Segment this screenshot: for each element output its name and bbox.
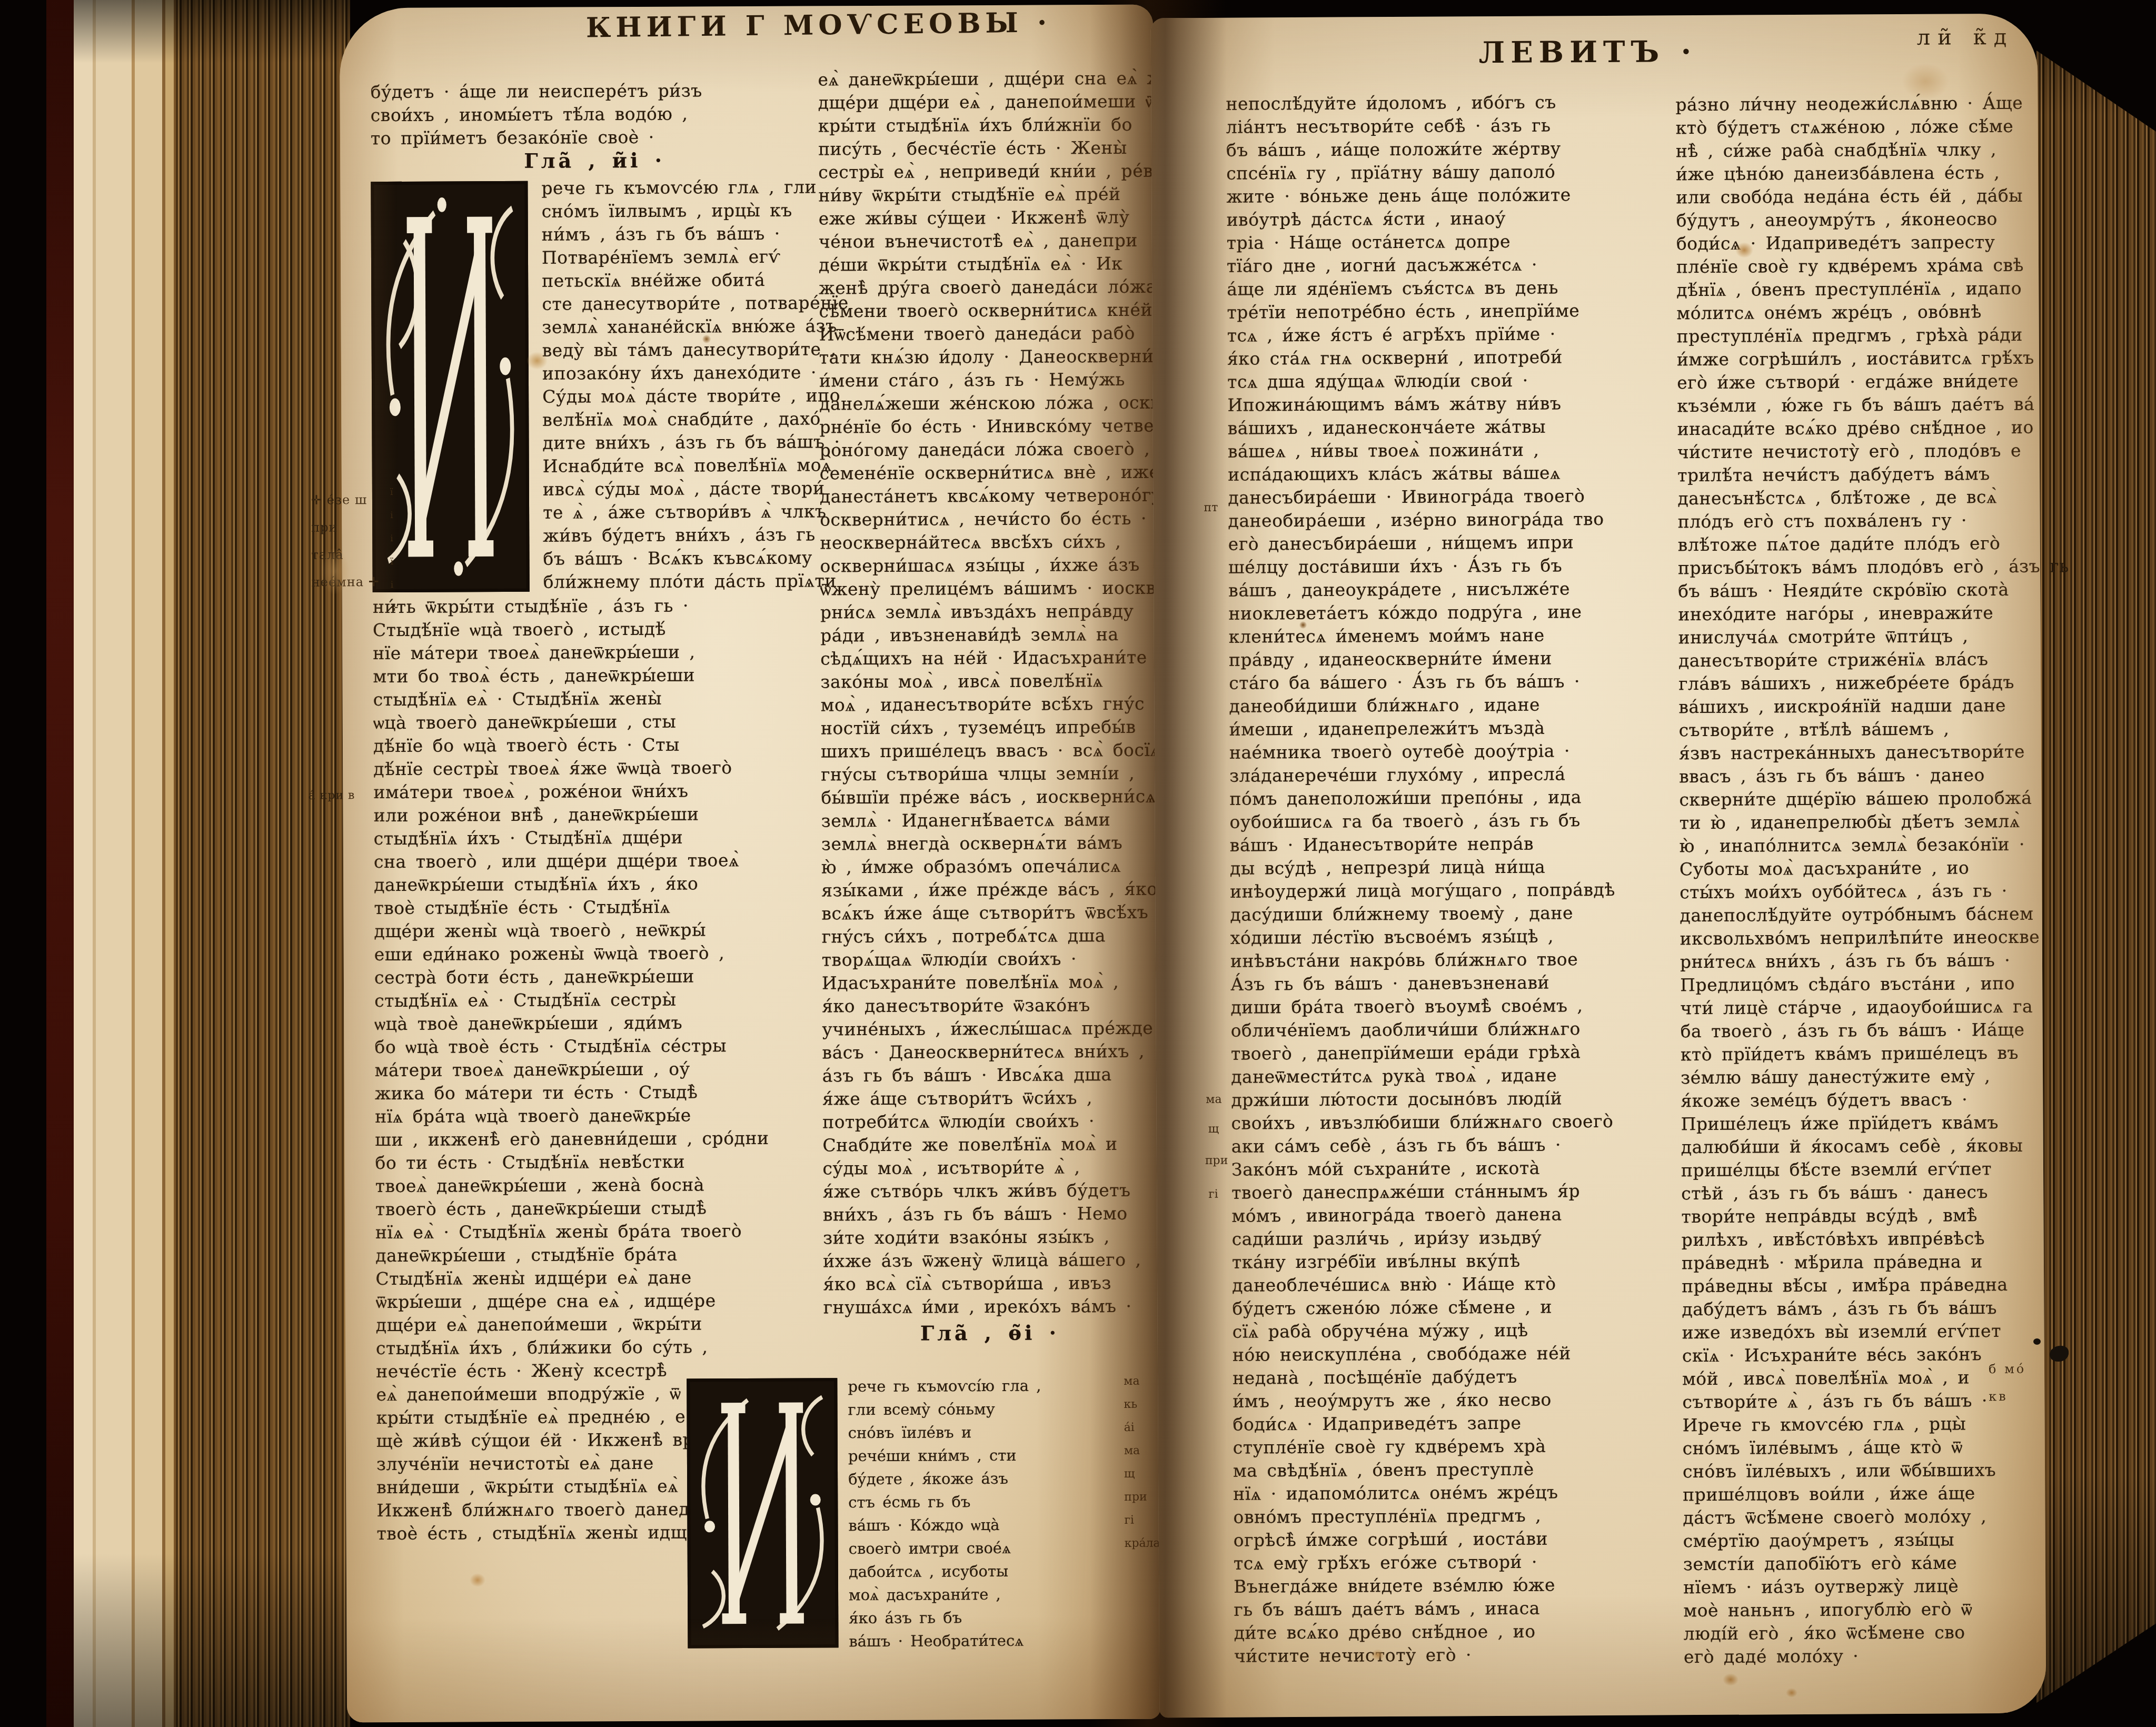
text-line: пло́дъ его̀ стъ похва́ленъ гу · (1677, 509, 2044, 534)
text-line: бы́вшїи пре́же ва́съ , иоскверни́сѧ (821, 785, 1154, 810)
text-line: свои́хъ , иномы́етъ тѣ́ла водо́ю , (371, 102, 818, 127)
text-line: оубои́шисѧ га ба твоего̀ , а́зъ гь бъ (1229, 808, 1657, 833)
folio-number: ли̃ к̃д (1917, 25, 2014, 50)
text-line: оскверни́шасѧ язы́цы , и́хже а́зъ (820, 553, 1152, 578)
text-line: ва́шихъ , иискроя́нїй надши дане (1678, 694, 2045, 719)
text-line: ѡца̀ твоего̀ данеѿкры́еши , сты (373, 709, 821, 735)
text-line: ввасъ , а́зъ гь бъ ва́шъ · данео (1679, 763, 2045, 789)
text-line: оскверни́тисѧ , нечи́сто бо е́сть · (820, 507, 1152, 532)
text-line: ѿжену̀ прелице́мъ ва́шимъ · иоскве (820, 577, 1153, 601)
column-lines: ра́зно ли́чну неодежи́слѧ́вню · А́щекто̀… (1675, 92, 2050, 1669)
text-line: Иѿсѣ́мени твоего̀ данеда́си рабо̀ (819, 322, 1152, 346)
text-line: ни́ву ѿкры́ти стыдѣ́нїе еѧ̀ пре́й (818, 183, 1151, 207)
text-line: но́ю неискупле́на , свобо́даже не́й (1233, 1341, 1660, 1366)
text-line: сестра̀ боти е́сть , данеѿкры́еши (374, 964, 822, 989)
text-line: гну́сы сътвори́ша члцы земні́и , (821, 762, 1154, 787)
text-line: я́же а́ще сътвори́тъ ѿси́хъ , (822, 1086, 1155, 1111)
text-line: зи́те ходи́ти взако́ны язы́къ , (823, 1225, 1156, 1250)
text-line: гь бъ ва́шъ дае́тъ ва́мъ , инаса (1234, 1596, 1661, 1621)
text-line: творѧ́щаѧ ѿлюді́и свои́хъ · (822, 947, 1155, 972)
text-line: ба твоего̀ , а́зъ гь бъ ва́шъ · Иа́ще (1681, 1018, 2047, 1044)
left-page-block-edge (74, 0, 350, 1727)
text-line: его̀ даде́ моло́ху · (1684, 1644, 2050, 1669)
text-line: рни́тесѧ вни́хъ , а́зъ гь бъ ва́шъ · (1680, 949, 2046, 974)
text-line: рилѣхъ , ивѣ́сто́вѣхъ ивпре́вѣсѣ (1682, 1227, 2048, 1252)
left-page: КНИГИ Г МОѴСЕОВЫ · бу́детъ · а́ще ли неи… (340, 5, 1160, 1723)
text-line: данесътвори́те стриже́нїѧ вла́съ (1678, 648, 2045, 673)
text-line: вни́хъ , а́зъ гь бъ ва́шъ · Немо (823, 1202, 1156, 1227)
text-line: данеоблече́шисѧ вню̀ · Иа́ще кто̀ (1232, 1272, 1660, 1297)
text-line: чи́стите нечистоту̀ его̀ , плодо́въ е (1677, 439, 2044, 464)
text-line: бу́детъ сжено́ю ло́же сѣ́мене , и (1232, 1295, 1660, 1320)
text-line: и́мъ , неоу́мрутъ же , я́ко несво (1233, 1387, 1660, 1413)
text-line: дабу́детъ ва́мъ , а́зъ гь бъ ва́шъ (1682, 1296, 2048, 1322)
text-line: данеѿкры́еши стыдѣ́нїѧ и́хъ , я́ко (374, 871, 821, 897)
text-line: чти́ лицѐ ста́рче , идаоубои́шисѧ га (1680, 995, 2046, 1020)
text-line: тсѧ ему̀ грѣ́хъ его́же сътвори́ · (1234, 1550, 1661, 1575)
right-page: ЛЕВИТЪ · ли̃ к̃д непослѣ́дуйте и́доломъ … (1151, 14, 2046, 1718)
text-line: кры́ти стыдѣ́нїѧ и́хъ бли́жнїи бо (818, 113, 1151, 138)
text-line: испа́дающихъ кла́съ жа́твы ва́шеѧ (1228, 461, 1655, 486)
text-line: при (1124, 1485, 1161, 1508)
text-line: я́ко ста́ѧ гнѧ оскверни́ , ипотреби́ (1227, 345, 1655, 370)
text-line: я́ко всѧ̀ сїѧ̀ сътвори́ша , ивъз (823, 1272, 1156, 1296)
text-line: рне́нїе бо е́сть · Инивско́му четве (819, 414, 1152, 439)
text-line: пису́ть , бесче́стїе е́сть · Жены̀ (818, 136, 1151, 161)
text-line: бу́дутъ , анеоумру́тъ , я́конеосво (1676, 207, 2042, 233)
text-line: ✛ (391, 597, 398, 620)
text-line: Прише́лецъ и́же прїи́детъ ква́мъ (1681, 1111, 2047, 1136)
text-line: твоѐ стыдѣ́нїе е́сть · Стыдѣ́нїѧ (374, 895, 821, 920)
text-line: диши бра́та твоего̀ въоумѣ̀ свое́мъ , (1230, 994, 1658, 1019)
text-line: че́нои вънечистотѣ̀ еѧ̀ , данепри (819, 229, 1151, 254)
text-line: гнуша́хсѧ и́ми , иреко́хъ ва́мъ · (823, 1295, 1156, 1319)
text-line: кто̀ бу́детъ стѧже́ною , ло́же сѣ́ме (1676, 115, 2042, 140)
text-line: далюби́ши й я́косамъ себѐ , я́ковы (1681, 1134, 2048, 1159)
text-line: инасади́те всѧ́ко дре́во снѣ́дное , ио (1677, 416, 2044, 441)
text-line: и́меши , иданепрележи́тъ мъзда̀ (1229, 716, 1657, 741)
text-line: ра́ди , ивъзненави́дѣ землѧ̀ на (820, 623, 1153, 648)
text-line: твоеѧ̀ данеѿкры́еши , жена̀ босна̀ (375, 1173, 823, 1198)
text-line: ниоклевета́етъ ко́ждо подру́га , ине (1228, 600, 1656, 625)
text-line: данеѿкры́еши , стыдѣ́нїе бра́та (375, 1242, 823, 1267)
text-line: нее́мна ✛ (312, 568, 391, 596)
text-line: тсѧ , и́же я́стъ е́ агрѣ́хъ прїи́ме · (1227, 322, 1655, 347)
text-line: ступле́нїе своѐ гу кдве́ремъ хра̀ (1233, 1434, 1661, 1459)
right-running-header: ЛЕВИТЪ · (1372, 34, 1804, 71)
text-line: дѣ́нїе сестры̀ твоеѧ̀ я́же ѿѡца̀ твоего̀ (373, 756, 821, 781)
right-column-1: непослѣ́дуйте и́доломъ , ибо́гъ съліа́нт… (1226, 90, 1662, 1668)
text-line: то прїи́метъ безако́нїе своѐ · (371, 125, 818, 150)
text-line: су́ды моѧ̀ , исътвори́те ѧ̀ , (822, 1156, 1155, 1180)
text-line: Идасъхрани́те повелѣ́нїѧ моѧ̀ , (822, 970, 1155, 995)
text-line: сїѧ̀ раба̀ обруче́на му́жу , ицѣ (1233, 1318, 1660, 1343)
text-line: данеста́нетъ квсѧ́кому четвероно́гу , (820, 484, 1152, 509)
text-line: инислуча́ѧ смотри́те ѿпти́цъ , (1678, 624, 2045, 650)
text-line: А́зъ гь бъ ва́шъ · даневъзненави́ (1230, 970, 1658, 996)
text-line: ни́ть ѿкры́ти стыдѣ́нїе , а́зъ гь · (373, 593, 820, 619)
text-line: да́стъ ѿсѣ́мене своего̀ моло́ху , (1683, 1505, 2049, 1530)
text-line: свои́хъ , ивъзлю́биши бли́жнѧго своего̀ (1231, 1109, 1658, 1135)
text-line: Зако́нъ мо́й съхрани́те , искота̀ (1231, 1156, 1659, 1181)
text-line: пра́вду , иданеоскверни́те и́мени (1229, 646, 1656, 671)
text-line: непослѣ́дуйте и́доломъ , ибо́гъ съ (1226, 90, 1653, 115)
text-line: кь (1124, 1393, 1160, 1416)
text-line: тріа · На́ще оста́нетсѧ допре (1227, 229, 1654, 254)
text-line: Ипожина́ющимъ ва́мъ жа́тву ни́въ (1227, 391, 1655, 416)
text-line: моѐ наньнъ , ипогублю̀ его̀ ѿ (1683, 1597, 2050, 1623)
ink-blot (2033, 1338, 2041, 1345)
text-line: нїе ма́тери твоеѧ̀ данеѿкры́еши , (373, 640, 820, 665)
text-line: ностїй си́хъ , туземе́цъ ипребы́в (821, 716, 1154, 740)
text-line: и́мже согрѣши́лъ , иоста́витсѧ грѣ́хъ (1677, 346, 2043, 372)
text-line: твоего̀ данеспрѧже́ши ста́ннымъ я́р (1231, 1179, 1659, 1204)
text-line: клени́тесѧ и́менемъ мои́мъ нане (1229, 623, 1656, 648)
text-line: сади́ши разли́чь , ири́зу изьдву́ (1232, 1225, 1660, 1250)
text-line: еже жи́вы су́щеи · Икженѣ̀ ѿлу̀ (819, 206, 1151, 231)
text-line: дще́ри дще́ри еѧ̀ , данепои́меши ѿ (818, 90, 1151, 115)
text-line: шихъ прише́лецъ ввасъ · всѧ̀ босїѧ̀ (821, 739, 1154, 763)
text-line: бо ти е́сть · Стыдѣ́нїѧ невѣ́стки (375, 1149, 822, 1175)
text-line: сестры̀ еѧ̀ , неприведи́ кни́и , ре́в (818, 160, 1151, 184)
text-line: данепослѣ́дуйте оутро́бнымъ ба́снем (1680, 902, 2046, 928)
text-line: его̀ данесъбира́еши , ни́щемъ ипри (1228, 530, 1656, 555)
text-line: земсті́и дапобїю́тъ его̀ ка́ме (1683, 1551, 2050, 1576)
text-line: моѧ̀ , иданесътвори́те всѣ́хъ гну́с (821, 692, 1154, 717)
text-line: инехо́дите наго́ры , иневражи́те (1678, 601, 2044, 627)
text-line: скверни́те дще́рїю ва́шею пролобжа́ (1679, 787, 2045, 812)
text-line: стыдѣ́нїѧ еѧ̀ · Стыдѣ́нїѧ сестры̀ (374, 987, 822, 1013)
column-pre-lines: бу́детъ · а́ще ли неиспере́тъ ри́зъсвои́… (371, 78, 819, 150)
margin-cross-reference: гі (1208, 1188, 1218, 1201)
right-column-2: ра́зно ли́чну неодежи́слѧ́вню · А́щекто̀… (1675, 92, 2050, 1669)
left-column-1: бу́детъ · а́ще ли неиспере́тъ ри́зъсвои́… (371, 78, 824, 1545)
text-line: гну́съ си́хъ , потребѧ́тсѧ дша (822, 924, 1155, 949)
text-line: држи́ши лю́тости досыно́въ люді́й (1231, 1086, 1658, 1111)
text-line: и́мени ста́го , а́зъ гь · Нему́жь (819, 368, 1152, 393)
text-line: ва́шихъ , иданесконча́ете жа́твы (1228, 414, 1655, 440)
text-line: я́же сътво́рь члкъ жи́въ бу́детъ (823, 1179, 1156, 1204)
text-line: кто̀ прїи́детъ ква́мъ прише́лецъ въ (1681, 1041, 2047, 1067)
text-line: язы́ками , и́же пре́жде ва́съ , я́ко (821, 878, 1154, 902)
text-line: люді́й его̀ , я́ко ѿсѣ́мене сво (1684, 1621, 2050, 1646)
margin-note-reference: а́ кри в (308, 782, 355, 809)
text-line: его̀ и́же сътвори́ · егда́же вни́дете (1677, 370, 2043, 395)
text-line: мти бо твоѧ̀ е́сть , данеѿкры́еши (373, 663, 820, 688)
text-line: ліа́нтъ несътвори́те себѣ̀ · а́зъ гь (1226, 113, 1654, 138)
text-line: а́і (1124, 1416, 1161, 1439)
text-line: а́ще ли яде́нїемъ съя́стсѧ въ день (1227, 275, 1654, 301)
text-line: Предлицо́мъ сѣда́го въста́ни , ипо (1680, 972, 2046, 997)
text-line: хо́диши ле́стїю въсвое́мъ язы́цѣ , (1230, 924, 1658, 949)
margin-cross-reference: щ (1208, 1123, 1219, 1136)
text-line: бо ѡца̀ твоѐ е́сть · Стыдѣ́нїѧ се́стры (374, 1034, 822, 1059)
text-line: ма (1124, 1439, 1161, 1462)
margin-note-gloss: ✛ е́зе шпритала̂нее́мна ✛ (311, 486, 391, 596)
text-line: тсѧ дша яду́щаѧ ѿлюді́и свои́ · (1227, 368, 1655, 393)
text-line: твоего̀ , данепрїи́меши ера́ди грѣха̀ (1231, 1040, 1658, 1065)
text-line: потреби́тсѧ ѿлюді́и свои́хъ · (822, 1109, 1155, 1134)
text-line: чи́стите нечистоту̀ его̀ · (1234, 1642, 1662, 1668)
text-line: і (390, 504, 398, 527)
text-line: Снабди́те же повелѣ́нїѧ моѧ̀ и (822, 1133, 1155, 1157)
text-line: ю̀ , инапо́лнитсѧ землѧ̀ безако́нїи · (1680, 833, 2046, 858)
text-line: я́коже земе́цъ бу́детъ ввасъ · (1681, 1088, 2047, 1113)
text-line: ї (390, 550, 398, 573)
text-line: зе́млю ва́шу данесту́жите ему̀ , (1681, 1065, 2047, 1090)
text-line: еѧ̀ данеѿкры́еши , дще́ри сна еѧ̀ ж (818, 67, 1150, 92)
ornamental-initial-icon (690, 1381, 835, 1645)
column-lines: еѧ̀ данеѿкры́еши , дще́ри сна еѧ̀ ждще́р… (818, 67, 1156, 1319)
text-line: данеѿмести́тсѧ рука̀ твоѧ̀ , идане (1231, 1063, 1658, 1088)
text-line: бъ ва́шъ · Неяди́те скро́вїю скота̀ (1678, 578, 2044, 603)
text-line: ва́шеѧ , ни́вы твоеѧ̀ пожина́ти , (1228, 438, 1655, 463)
text-line: пле́нїе своѐ гу кдве́ремъ хра́ма свѣ (1676, 254, 2043, 279)
text-line: недана̀ , посѣще́нїе дабу́детъ (1233, 1364, 1660, 1389)
text-line: Стыдѣ́нїе ѡца̀ твоего̀ , истыдѣ́ (373, 617, 820, 642)
text-line: иже изведо́хъ вы̀ иземли́ егѵ́пет (1682, 1319, 2049, 1345)
text-line: ды всу́дѣ , непрезри́ лица̀ ни́ща (1230, 855, 1657, 880)
text-line: има́тери твоеѧ̀ , роже́нои ѿни́хъ (373, 779, 821, 804)
text-line: или роже́нои внѣ̀ , данеѿкры́еши (374, 802, 821, 827)
left-running-header: КНИГИ Г МОѴСЕОВЫ · (555, 6, 1082, 44)
left-column-2: еѧ̀ данеѿкры́еши , дще́ри сна еѧ̀ ждще́р… (818, 67, 1156, 1350)
margin-note-bracket: їііїі✛ (390, 481, 398, 620)
right-page-block-edge (2036, 0, 2156, 1727)
margin-cross-references: макьа́імащпригікра́ла є́ (1124, 1369, 1161, 1555)
text-line: инѣоудержи́ лица̀ могу́щаго , попра́вдѣ (1230, 878, 1657, 903)
text-line: учине́ныхъ , и́жеслы́шасѧ пре́жде (822, 1017, 1155, 1041)
text-line: землѧ̀ · Иданегнѣ́ваетсѧ ва́ми (821, 808, 1154, 833)
text-line: тка́ну изгре́бїи ивъ́лны вку́пѣ (1232, 1248, 1660, 1274)
text-line: ма (1124, 1369, 1160, 1393)
text-line: данеоби́диши бли́жнѧго , идане (1229, 692, 1656, 718)
text-line: ва́шъ · Иданесътвори́те непра́в (1230, 831, 1657, 857)
text-line: преступле́нїѧ предгмъ , грѣха̀ ра́ди (1677, 323, 2043, 349)
text-line: жика бо ма́тери ти е́сть · Стыдѣ̀ (375, 1080, 822, 1105)
text-line: тати кнѧ́зю и́долу · Данеоскверни́ши (819, 345, 1152, 370)
text-line: дще́ри еѧ̀ данепои́меши , ѿкры́ти (376, 1312, 823, 1337)
text-line: боди́сѧ · Идаприведе́тъ запресту (1676, 231, 2043, 256)
text-line: ✛ е́зе ш (311, 486, 390, 514)
text-line: ши , икженѣ̀ его̀ даневни́деши , сро́дни (375, 1126, 822, 1152)
text-line: ѿкры́еши , дще́ре сна еѧ̀ , идще́ре (376, 1288, 823, 1314)
text-line: еши еди́нако рожены̀ ѿѡца̀ твоего̀ , (374, 941, 822, 966)
text-line: нїѧ еѧ̀ · Стыдѣ́нїѧ жены̀ бра́та твоего̀ (375, 1219, 823, 1244)
text-line: дасу́диши бли́жнему твоему̀ , дане (1230, 901, 1657, 926)
text-line: зла́данерече́ши глухо́му , ипресла́ (1229, 762, 1657, 787)
text-line: сно́въ їиле́выхъ , или ѿбы́вшихъ (1683, 1458, 2049, 1484)
text-line: неоскверна́йтесѧ ввсѣ́хъ си́хъ , (820, 530, 1152, 555)
text-line: нїѧ · идапомо́литсѧ оне́мъ жре́цъ (1233, 1480, 1661, 1505)
text-line: нїѧ бра́та ѡца̀ твоего̀ данеѿкры́е (375, 1103, 822, 1128)
text-line: Стыдѣ́нїѧ жены̀ идще́ри еѧ̀ дане (375, 1265, 823, 1291)
text-line: данеобира́еши , изе́рно виногра́да тво (1228, 507, 1655, 532)
text-line: і (390, 527, 398, 550)
text-line: жите · во́ньже день а́ще поло́жите (1226, 183, 1654, 208)
text-line: ма свѣдѣ́нїѧ , о́венъ преступлѐ (1233, 1457, 1661, 1482)
text-line: данесънѣ́стсѧ , блѣ́тоже , де всѧ̀ (1677, 485, 2044, 511)
text-line: і (391, 573, 398, 597)
text-line: прише́лцовъ вои́ли , и́же а́ще (1683, 1482, 2049, 1507)
text-line: тре́тїи непотре́бно е́сть , инепрїи́ме (1227, 299, 1654, 324)
text-line: роно́гому данеда́си ло́жа своего̀ , въ (819, 438, 1152, 462)
text-line: сътвори́те , втѣ́лѣ ва́шемъ , (1679, 717, 2045, 742)
text-line: дѣ́нїе бо ѡца̀ твоего̀ е́сть · Сты (373, 732, 821, 758)
text-line: по́мъ данеположи́ши препо́ны , ида (1229, 785, 1657, 810)
text-line: Вънегда́же вни́дете взе́млю ю́же (1234, 1573, 1661, 1598)
text-line: овно́мъ преступле́нїѧ предгмъ , (1233, 1503, 1661, 1529)
drop-cap-initial (687, 1378, 838, 1648)
spine-edge (46, 0, 77, 1727)
text-line: гі (1124, 1508, 1161, 1532)
text-line: всѧ́къ и́же а́ще сътвори́тъ ѿвсѣ́хъ (821, 901, 1154, 926)
book-photograph: КНИГИ Г МОѴСЕОВЫ · бу́детъ · а́ще ли неи… (0, 0, 2156, 1727)
margin-cross-reference: пт (1204, 501, 1218, 514)
text-line: иксвольхво́мъ неприлѣпи́те инеоскве (1680, 926, 2046, 951)
text-line: нїемъ · иа́зъ оутвержу̀ лицѐ (1683, 1574, 2050, 1600)
text-line: сме́ртїю даоу́мретъ , язы́цы (1683, 1528, 2050, 1553)
text-line: данесъбира́еши · Ивиногра́да твоего̀ (1228, 484, 1655, 509)
chapter-19-opening: рече гь къмоѵсі́ю гла ,гли всему̀ со́ньм… (687, 1374, 1022, 1654)
text-line: кра́ла є́ (1125, 1532, 1161, 1555)
text-line: ва́съ · Данеоскверни́тесѧ вни́хъ , (822, 1040, 1155, 1065)
text-line: сна твоего̀ , или дще́ри дще́ри твоеѧ̀ (374, 848, 821, 874)
text-line: ше́лцу доста́виши и́хъ · А́зъ гь бъ (1228, 553, 1656, 579)
text-line: трилѣ́та нечи́стъ дабу́детъ ва́мъ (1677, 462, 2044, 488)
text-line: сты́хъ мои́хъ оубо́йтесѧ , а́зъ гь · (1680, 879, 2046, 905)
chapter-18-opening: рече гь къмоѵсе́ю глѧ , глисно́мъ їилвым… (371, 175, 824, 1545)
text-line: обличе́нїемъ даобличи́ши бли́жнѧго (1231, 1017, 1658, 1042)
text-line: ї (390, 481, 398, 504)
text-line: и́хже а́зъ ѿжену̀ ѿлица̀ ва́шего , (823, 1248, 1156, 1273)
text-line: нае́мника твоего̀ оутебѐ дооу́тріа · (1229, 739, 1657, 764)
text-line: а́зъ гь бъ ва́шъ · Ивсѧ́ка дша (822, 1063, 1155, 1088)
text-line: я́ко данесътвори́те ѿзако́нъ (822, 994, 1155, 1018)
text-line: стѣй , а́зъ гь бъ ва́шъ · данесъ (1681, 1180, 2048, 1206)
text-line: семене́нїе оскверни́тисѧ внѐ , ижена̀ (820, 461, 1152, 485)
text-line: сѣ́мени твоего̀ оскверни́тисѧ кне́й · (819, 299, 1151, 323)
text-line: твоего̀ е́сть , данеѿкры́еши стыдѣ̀ (375, 1196, 823, 1221)
text-line: дѣ́нїѧ , о́венъ преступле́нїѧ , идапо (1676, 277, 2043, 302)
text-line: мо́литсѧ оне́мъ жре́цъ , ово́внѣ (1676, 300, 2043, 325)
column-lines: непослѣ́дуйте и́доломъ , ибо́гъ съліа́нт… (1226, 90, 1662, 1668)
margin-cross-reference: при (1205, 1154, 1228, 1167)
text-line: присъбы́токъ ва́мъ плодо́въ его̀ , а́зъ … (1678, 555, 2044, 580)
text-line: влѣ́тоже пѧ́тое дади́те пло́дъ его̀ (1678, 532, 2044, 557)
text-line: дще́ри жены̀ ѡца̀ твоего̀ , неѿкры́ (374, 918, 821, 943)
chapter-heading-19: Гла̃ , ѳ̃і · (823, 1321, 1156, 1350)
text-line: прише́лцы бѣ́сте вземли́ егѵ́пет (1681, 1157, 2048, 1183)
text-line: сѣдѧ́щихъ на не́й · Идасъхрани́те (820, 646, 1153, 671)
text-line: инѣвъста́ни накро́вь бли́жнѧго твое (1230, 947, 1658, 972)
text-line: ди́те всѧ́ко дре́во снѣ́дное , ио (1234, 1619, 1662, 1644)
margin-note-reference: б мо́ кв (1989, 1355, 2045, 1411)
text-line: нѣ̀ , си́же раба̀ снабдѣ́нїѧ члку , (1676, 138, 2042, 163)
text-line: огрѣсѣ̀ и́мже согрѣши́ , иоста́ви (1234, 1526, 1661, 1552)
text-line: гла́въ ва́шихъ , нижебре́ете бра́дъ (1678, 671, 2045, 696)
text-line: мо́мъ , ивиногра́да твоего̀ данена (1231, 1202, 1659, 1227)
text-line: бу́детъ · а́ще ли неиспере́тъ ри́зъ (371, 78, 818, 104)
text-line: пра́веднѣ · мѣ́рила пра́ведна и (1682, 1250, 2048, 1275)
text-line: стыдѣ́нїѧ и́хъ · Стыдѣ́нїѧ дще́ри (374, 825, 821, 850)
text-line: Суботы моѧ̀ дасъхрани́те , ио (1680, 856, 2046, 881)
text-line: иво́утрѣ да́стсѧ я́сти , инаоу́ (1226, 206, 1654, 231)
text-line: ма́тери твоеѧ̀ данеѿкры́еши , оу́ (375, 1057, 822, 1082)
text-line: Ирече гь кмоѵсе́ю глѧ , рцы̀ (1682, 1412, 2049, 1437)
margin-cross-reference: ма (1206, 1093, 1221, 1106)
text-line: ѡца̀ твоѐ данеѿкры́еши , яди́мъ (374, 1010, 822, 1036)
text-line: пра́ведны вѣ́сы , имѣ́ра пра́ведна (1682, 1273, 2048, 1298)
text-line: ра́зно ли́чну неодежи́слѧ́вню · А́ще (1675, 92, 2042, 117)
text-line: ва́шъ , данеоукра́дете , нисълже́те (1228, 577, 1656, 602)
text-line: аки са́мъ себѐ , а́зъ гь бъ ва́шъ · (1231, 1133, 1659, 1158)
text-line: спсе́нїѧ гу , прїа́тну ва́шу даполо́ (1226, 160, 1654, 185)
text-line: и́же цѣно́ю данеизба́влена е́сть , (1676, 161, 2042, 186)
text-line: зако́ны моѧ̀ , ивсѧ̀ повелѣ́нїѧ (820, 669, 1153, 694)
text-line: твори́те непра́вды всу́дѣ , вмѣ̀ (1681, 1204, 2048, 1229)
text-line: боди́сѧ · Идаприведе́тъ запре (1233, 1411, 1660, 1436)
text-line: сно́мъ їиле́вымъ , а́ще кто̀ ѿ (1683, 1435, 2049, 1461)
text-line: данелѧ́жеши же́нскою ло́жа , оскве (819, 391, 1152, 416)
text-line: щ (1124, 1462, 1161, 1485)
text-line: рни́сѧ землѧ̀ ивъзда́хъ непра́вду (820, 600, 1153, 624)
text-line: ти ю̀ , иданепрелюбы̀ дѣ́етъ землѧ̀ (1679, 810, 2045, 835)
text-line: къзе́мли , ю́же гь бъ ва́шъ дае́тъ ва́ (1677, 393, 2043, 418)
text-line: при (311, 513, 390, 541)
text-line: я́звъ настрека́нныхъ данесътвори́те (1679, 740, 2045, 766)
text-line: ю̀ , и́мже образо́мъ опеча́лисѧ (821, 855, 1154, 879)
text-line: бъ ва́шъ , иа́ще положи́те же́ртву (1226, 136, 1654, 162)
text-line: стыдѣ́нїѧ и́хъ , бли́жики бо су́ть , (376, 1335, 823, 1360)
text-line: или свобо́да неда́на е́сть е́й , да́бы (1676, 184, 2042, 210)
text-line: тала̂ (311, 541, 390, 569)
text-line: землѧ̀ внегда̀ осквернѧ́ти ва́мъ (821, 831, 1154, 856)
chapter-heading-18: Гла̃ , и̃і · (371, 148, 818, 177)
text-line: де́ши ѿкры́ти стыдѣ́нїѧ еѧ̀ · Ик (819, 252, 1151, 277)
text-line: женѣ̀ дру́га своего̀ данеда́си ло́жа (819, 275, 1151, 300)
text-line: стыдѣ́нїѧ еѧ̀ · Стыдѣ́нїѧ жены̀ (373, 686, 821, 711)
text-line: тїа́го дне , иогни́ дасъжже́тсѧ · (1227, 252, 1654, 277)
text-line: ста́го ба ва́шего · А́зъ гь бъ ва́шъ · (1229, 669, 1656, 694)
